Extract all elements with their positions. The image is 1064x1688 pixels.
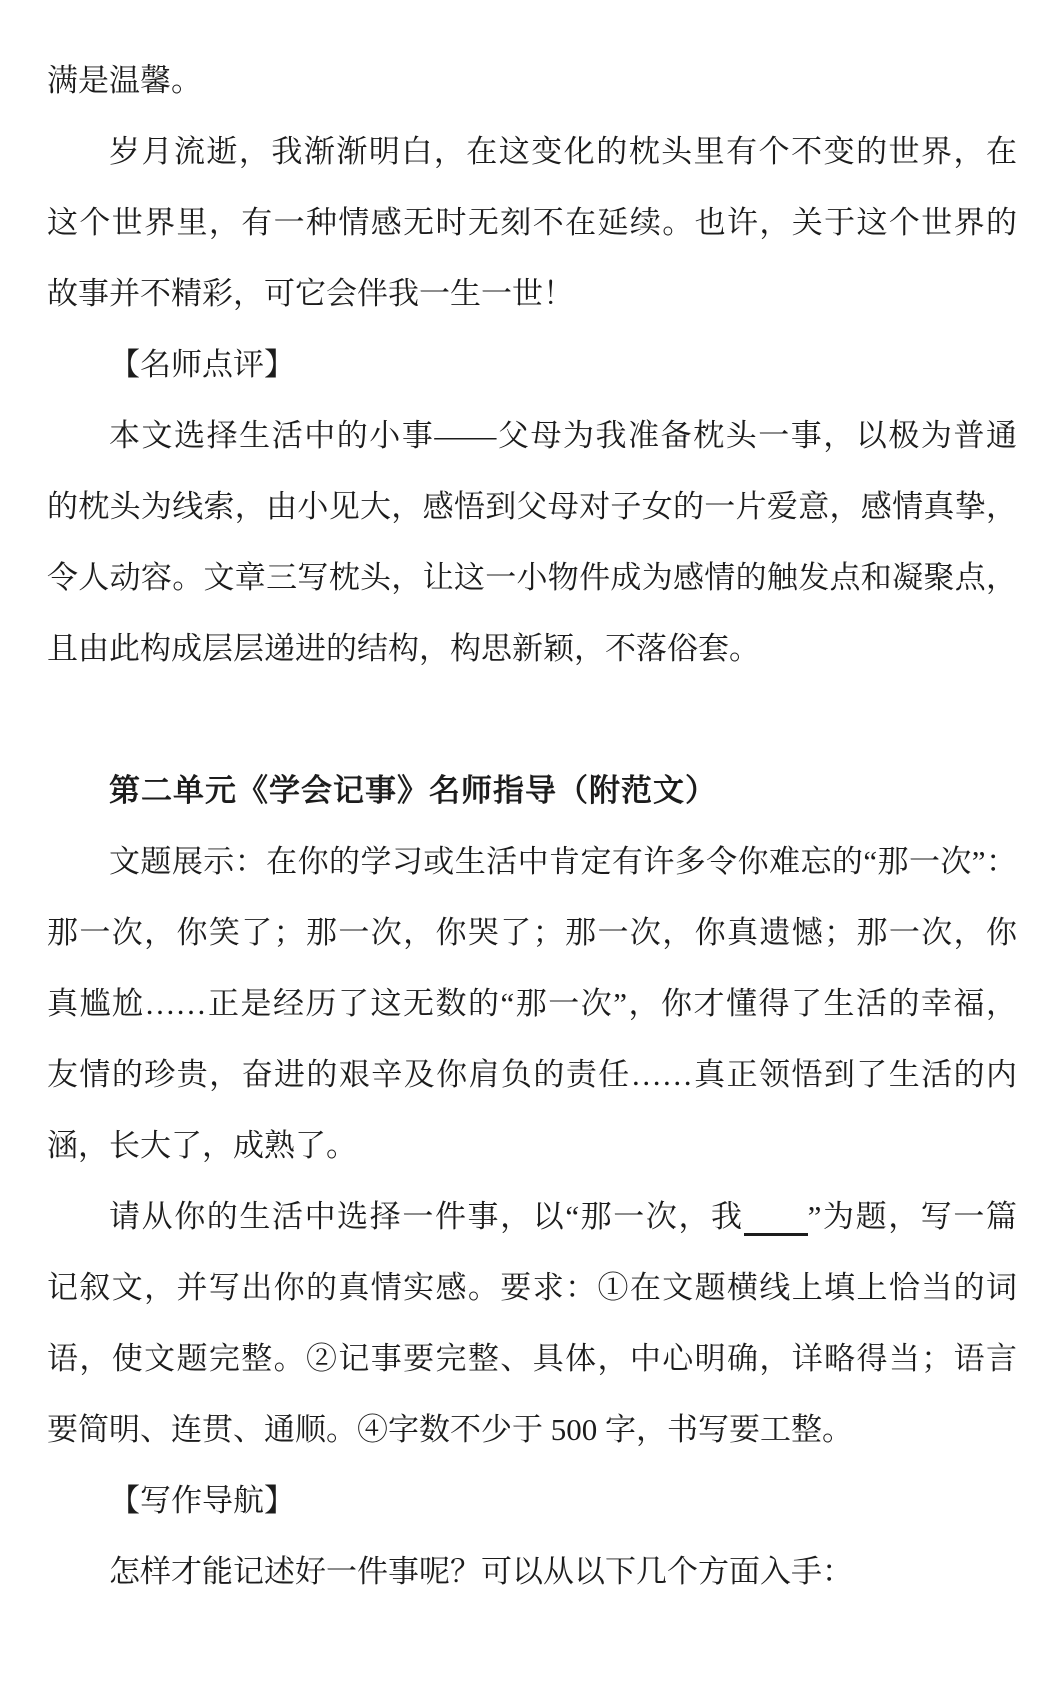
subsection-label-mingshi-dianping: 【名师点评】 xyxy=(47,329,1017,400)
fill-in-blank-line xyxy=(744,1233,808,1236)
text-segment: 请从你的生活中选择一件事，以“那一次，我 xyxy=(109,1199,744,1234)
unit-heading: 第二单元《学会记事》名师指导（附范文） xyxy=(47,755,1017,826)
text-line: 的枕头为线索，由小见大，感悟到父母对子女的一片爱意，感情真挚， xyxy=(47,471,1017,542)
text-line: 本文选择生活中的小事——父母为我准备枕头一事，以极为普通 xyxy=(47,400,1017,471)
text-line: 故事并不精彩，可它会伴我一生一世！ xyxy=(47,258,1017,329)
text-line: 记叙文，并写出你的真情实感。要求：①在文题横线上填上恰当的词 xyxy=(47,1252,1017,1323)
text-line: 友情的珍贵，奋进的艰辛及你肩负的责任……真正领悟到了生活的内 xyxy=(47,1039,1017,1110)
text-line: 满是温馨。 xyxy=(47,45,1017,116)
text-line: 语，使文题完整。②记事要完整、具体，中心明确，详略得当；语言 xyxy=(47,1323,1017,1394)
text-line: 这个世界里，有一种情感无时无刻不在延续。也许，关于这个世界的 xyxy=(47,187,1017,258)
text-line-with-blank: 请从你的生活中选择一件事，以“那一次，我”为题，写一篇 xyxy=(47,1181,1017,1252)
text-line: 要简明、连贯、通顺。④字数不少于 500 字，书写要工整。 xyxy=(47,1394,1017,1465)
text-line: 怎样才能记述好一件事呢？可以从以下几个方面入手： xyxy=(47,1536,1017,1607)
document-page: 满是温馨。 岁月流逝，我渐渐明白，在这变化的枕头里有个不变的世界，在 这个世界里… xyxy=(0,0,1064,1688)
text-line: 令人动容。文章三写枕头，让这一小物件成为感情的触发点和凝聚点， xyxy=(47,542,1017,613)
text-line: 且由此构成层层递进的结构，构思新颖，不落俗套。 xyxy=(47,613,1017,684)
text-line: 文题展示：在你的学习或生活中肯定有许多令你难忘的“那一次”： xyxy=(47,826,1017,897)
text-line: 涵，长大了，成熟了。 xyxy=(47,1110,1017,1181)
text-line: 岁月流逝，我渐渐明白，在这变化的枕头里有个不变的世界，在 xyxy=(47,116,1017,187)
text-line: 真尴尬……正是经历了这无数的“那一次”，你才懂得了生活的幸福， xyxy=(47,968,1017,1039)
text-segment: ”为题，写一篇 xyxy=(808,1199,1017,1234)
text-line: 那一次，你笑了；那一次，你哭了；那一次，你真遗憾；那一次，你 xyxy=(47,897,1017,968)
subsection-label-xiezuo-daohang: 【写作导航】 xyxy=(47,1465,1017,1536)
